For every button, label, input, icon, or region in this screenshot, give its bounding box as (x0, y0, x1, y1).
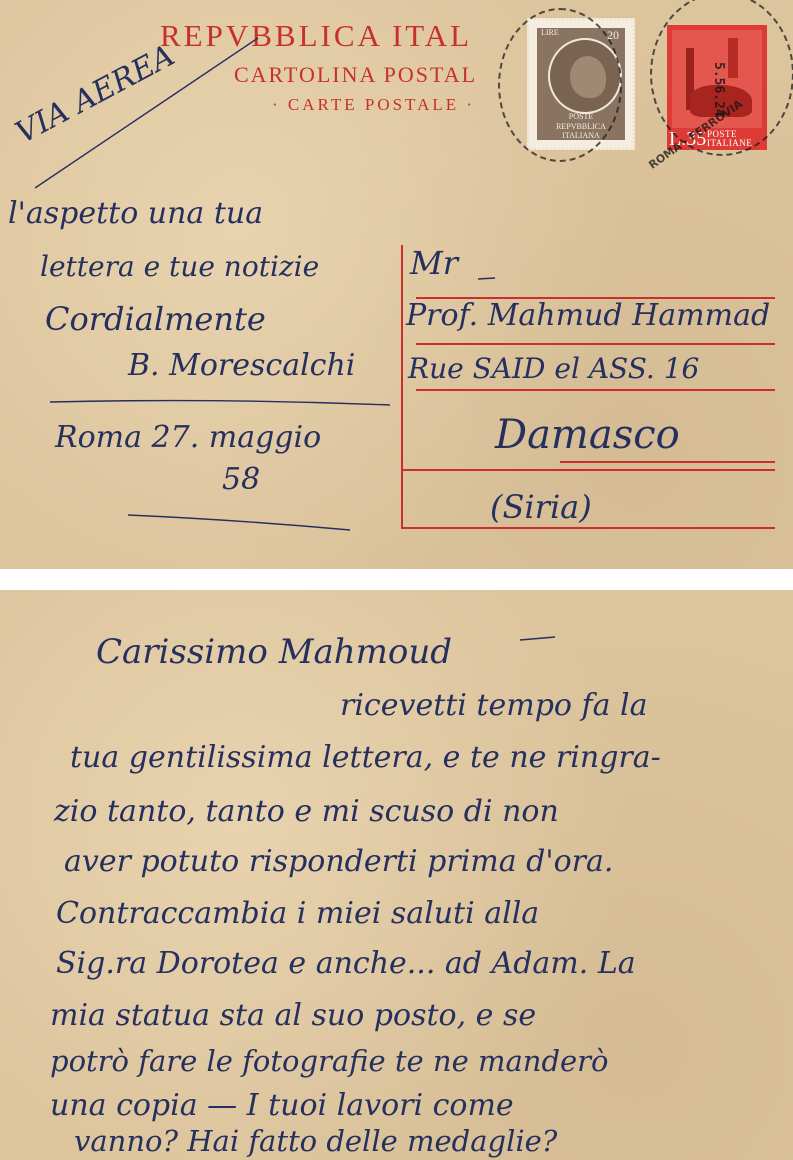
address-name: Prof. Mahmud Hammad (406, 298, 770, 333)
message-line: Cordialmente (45, 300, 266, 338)
address-street: Rue SAID el ASS. 16 (408, 352, 699, 385)
address-box-left-border (401, 245, 403, 529)
postmark-left (498, 8, 622, 162)
address-line-4 (560, 461, 775, 463)
ink-strokes-back (0, 590, 793, 1160)
address-city: Damasco (495, 412, 680, 458)
address-line-3 (416, 389, 775, 391)
address-box-bottom-border (401, 527, 775, 529)
postcard-back: Carissimo Mahmoud ricevetti tempo fa la … (0, 590, 793, 1160)
address-salutation: Mr (410, 244, 458, 282)
signature: B. Morescalchi (128, 348, 355, 383)
address-country: (Siria) (490, 488, 592, 526)
address-line-2 (416, 343, 775, 345)
postcard-front: REPVBBLICA ITAL CARTOLINA POSTAL · CARTE… (0, 0, 793, 569)
message-line: l'aspetto una tua (8, 196, 263, 231)
year: 58 (222, 462, 260, 497)
place-date: Roma 27. maggio (55, 420, 321, 455)
address-line-5 (401, 469, 775, 471)
message-line: lettera e tue notizie (40, 250, 319, 283)
